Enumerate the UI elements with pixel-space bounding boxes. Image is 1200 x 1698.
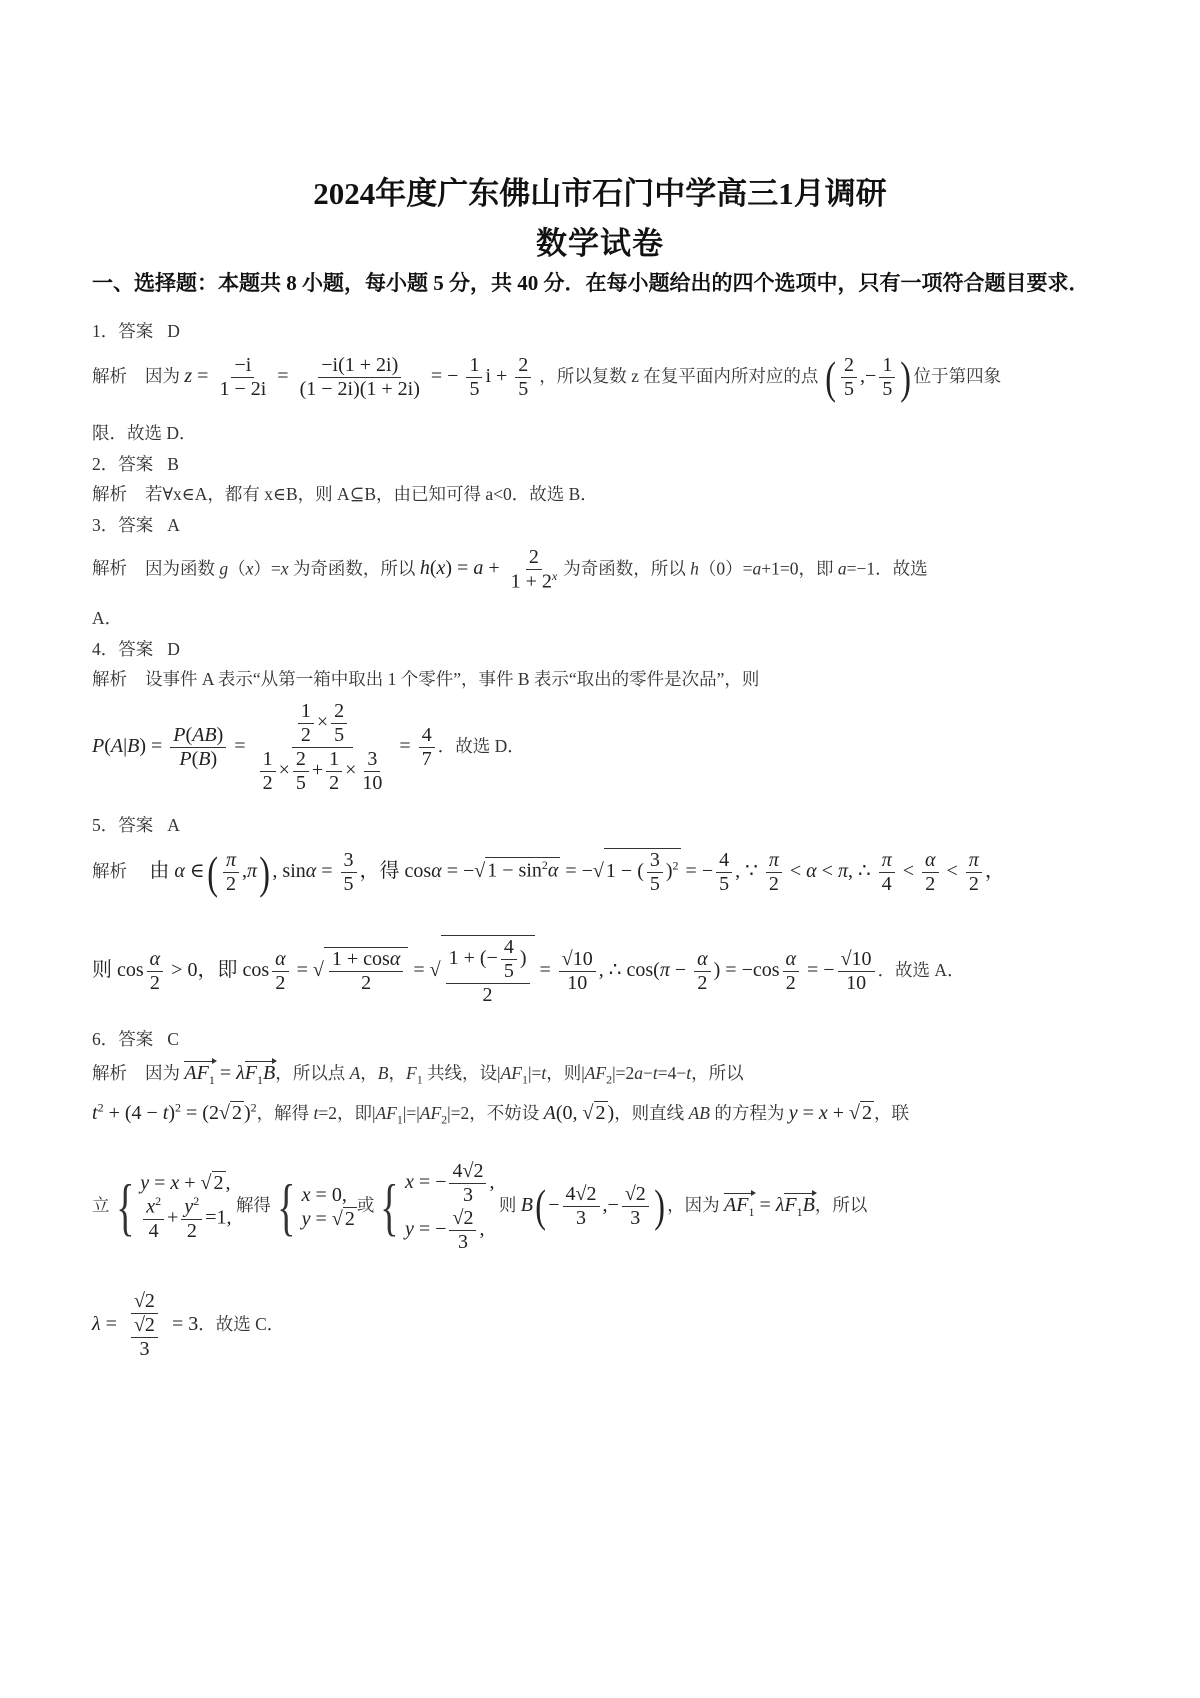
analysis-text: ，所以复数 z 在复平面内所对应的点 — [539, 366, 818, 386]
question-5-answer: 5．答案A — [92, 812, 180, 837]
answer-letter: D — [167, 321, 180, 341]
analysis-label: 解析 — [92, 558, 127, 578]
question-3-analysis-cont: A． — [92, 605, 122, 630]
question-3-analysis: 解析因为函数 g（x）=x 为奇函数，所以 h(x) = a + 21 + 2x… — [92, 546, 928, 594]
equation-system: y = x + √2,x24+y22=1, — [140, 1171, 231, 1243]
formula-cos-half-alpha: 则 cosα2 > 0，即 cosα2 = √1 + cosα2 = √1 + … — [92, 959, 878, 981]
question-1-answer: 1．答案D — [92, 318, 180, 343]
question-5-analysis-cont: 则 cosα2 > 0，即 cosα2 = √1 + cosα2 = √1 + … — [92, 935, 965, 1007]
analysis-text: 为奇函数，所以 — [563, 558, 690, 578]
question-3-answer: 3．答案A — [92, 512, 180, 537]
question-number: 4． — [92, 639, 118, 659]
exam-answer-page: 2024年度广东佛山市石门中学高三1月调研 数学试卷 一、选择题：本题共 8 小… — [0, 0, 1200, 1698]
question-number: 6． — [92, 1029, 118, 1049]
question-1-analysis-cont: 限．故选 D． — [92, 420, 197, 445]
question-number: 2． — [92, 454, 118, 474]
formula-lambda: λ = √2√23 = 3 — [92, 1313, 198, 1335]
analysis-text: 因为函数 — [145, 558, 219, 578]
analysis-text: 若∀x∈A，都有 x∈B，则 A⊆B，由已知可得 a<0．故选 B． — [145, 484, 598, 504]
solution-system-2: x = −4√23,y = −√23, — [405, 1160, 494, 1254]
analysis-text: ．故选 A． — [878, 960, 965, 980]
answer-label: 答案 — [118, 1029, 153, 1049]
answer-letter: A — [167, 515, 180, 535]
question-4-answer: 4．答案D — [92, 636, 180, 661]
analysis-text: ．故选 C． — [198, 1314, 284, 1334]
analysis-text: 因为 — [145, 366, 180, 386]
question-6-analysis-line4: λ = √2√23 = 3．故选 C． — [92, 1290, 284, 1361]
answer-label: 答案 — [118, 321, 153, 341]
question-number: 3． — [92, 515, 118, 535]
formula-complex-division: z = −i1 − 2i = −i(1 + 2i)(1 − 2i)(1 + 2i… — [184, 365, 539, 387]
question-2-answer: 2．答案B — [92, 451, 179, 476]
question-1-analysis: 解析因为 z = −i1 − 2i = −i(1 + 2i)(1 − 2i)(1… — [92, 354, 1001, 401]
solution-system-1: x = 0,y = √2 — [302, 1184, 357, 1231]
question-number: 5． — [92, 815, 118, 835]
answer-letter: A — [167, 815, 180, 835]
analysis-label: 解析 — [92, 366, 127, 386]
document-title: 2024年度广东佛山市石门中学高三1月调研 — [0, 168, 1200, 213]
analysis-label: 解析 — [92, 669, 127, 689]
analysis-label: 解析 — [92, 484, 127, 504]
section-heading: 一、选择题：本题共 8 小题，每小题 5 分，共 40 分．在每小题给出的四个选… — [92, 262, 1122, 304]
answer-label: 答案 — [118, 639, 153, 659]
analysis-text: ．故选 — [875, 558, 928, 578]
analysis-text: 为奇函数，所以 — [289, 558, 416, 578]
question-6-analysis-line3: 立{y = x + √2,x24+y22=1, 解得{x = 0,y = √2或… — [92, 1160, 867, 1254]
analysis-label: 解析 — [92, 861, 127, 881]
answer-label: 答案 — [118, 515, 153, 535]
answer-label: 答案 — [118, 815, 153, 835]
analysis-text: ．故选 D． — [438, 736, 525, 756]
question-number: 1． — [92, 321, 118, 341]
answer-letter: D — [167, 639, 180, 659]
answer-label: 答案 — [118, 454, 153, 474]
formula-point: (25,−15) — [823, 365, 914, 387]
answer-letter: B — [167, 454, 179, 474]
formula-conditional-probability: P(A|B) = P(AB)P(B) = 12×25 12×25+12×310 … — [92, 735, 438, 757]
analysis-label: 解析 — [92, 1063, 127, 1083]
analysis-text: 位于第四象 — [914, 366, 1002, 386]
question-4-formula: P(A|B) = P(AB)P(B) = 12×25 12×25+12×310 … — [92, 700, 525, 795]
question-6-analysis-line2: t2 + (4 − t)2 = (2√2)2，解得 t=2，即|AF1|=|AF… — [92, 1100, 909, 1128]
formula-h-function: h(x) = a + 21 + 2x — [420, 557, 563, 579]
analysis-text: 设事件 A 表示“从第一箱中取出 1 个零件”，事件 B 表示“取出的零件是次品… — [145, 669, 759, 689]
question-4-analysis: 解析设事件 A 表示“从第一箱中取出 1 个零件”，事件 B 表示“取出的零件是… — [92, 666, 759, 691]
formula-cos-alpha: 由 α ∈(π2,π), sinα = 35，得 cosα = −√1 − si… — [149, 860, 1004, 882]
question-2-analysis: 解析若∀x∈A，都有 x∈B，则 A⊆B，由已知可得 a<0．故选 B． — [92, 481, 598, 506]
question-6-answer: 6．答案C — [92, 1026, 179, 1051]
question-5-analysis: 解析 由 α ∈(π2,π), sinα = 35，得 cosα = −√1 −… — [92, 848, 1005, 896]
document-subtitle: 数学试卷 — [0, 218, 1200, 263]
question-6-analysis: 解析因为 AF1 = λF1B，所以点 A，B，F1 共线，设|AF1|=t，则… — [92, 1060, 744, 1088]
answer-letter: C — [167, 1029, 179, 1049]
